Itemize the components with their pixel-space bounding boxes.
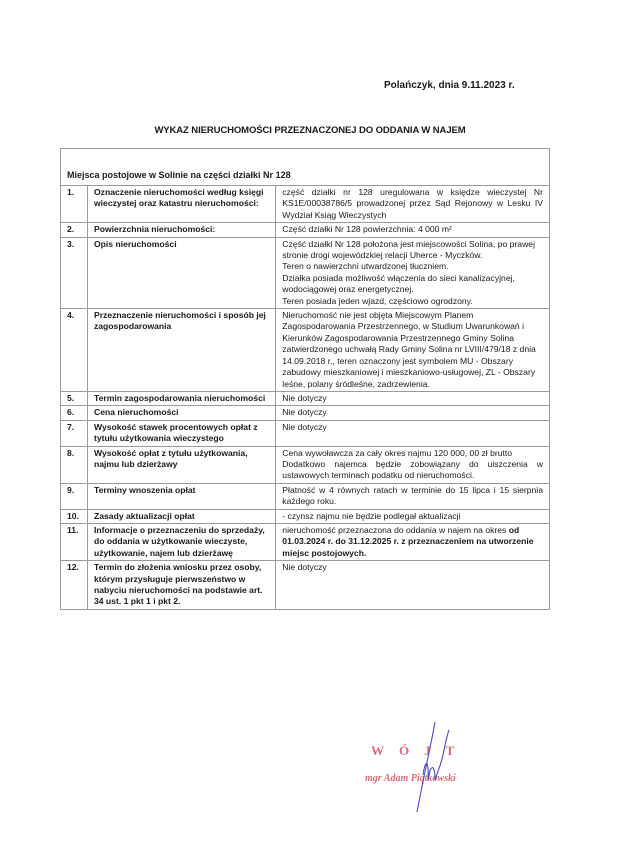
row-value: Nie dotyczy <box>276 561 550 610</box>
table-row: 4. Przeznaczenie nieruchomości i sposób … <box>61 309 550 392</box>
property-listing-table: Miejsca postojowe w Solinie na części dz… <box>60 148 550 610</box>
row-value: Nie dotyczy <box>276 420 550 446</box>
row-value: nieruchomość przeznaczona do oddania w n… <box>276 523 550 560</box>
row-label: Oznaczenie nieruchomości według księgi w… <box>87 186 275 223</box>
description-line: Działka posiada możliwość włączenia do s… <box>282 273 543 296</box>
table-row: 7. Wysokość stawek procentowych opłat z … <box>61 420 550 446</box>
lease-info: nieruchomość przeznaczona do oddania w n… <box>282 525 506 535</box>
row-number: 6. <box>61 406 88 420</box>
row-label: Terminy wnoszenia opłat <box>87 483 275 509</box>
description-line: Teren posiada jeden wjazd, częściowo ogr… <box>282 296 543 307</box>
row-value: Nie dotyczy <box>276 406 550 420</box>
row-label: Opis nieruchomości <box>87 237 275 308</box>
row-number: 1. <box>61 186 88 223</box>
table-row: 3. Opis nieruchomości Część działki Nr 1… <box>61 237 550 308</box>
row-number: 10. <box>61 509 88 523</box>
table-row: 11. Informacje o przeznaczeniu do sprzed… <box>61 523 550 560</box>
place-date: Polańczyk, dnia 9.11.2023 r. <box>384 80 515 91</box>
row-value: Płatność w 4 równych ratach w terminie d… <box>276 483 550 509</box>
document-title: WYKAZ NIERUCHOMOŚCI PRZEZNACZONEJ DO ODD… <box>0 125 620 136</box>
row-value: Nie dotyczy <box>276 391 550 405</box>
row-number: 3. <box>61 237 88 308</box>
table-row: 2. Powierzchnia nieruchomości: Część dzi… <box>61 223 550 237</box>
price-line: Cena wywoławcza za cały okres najmu 120 … <box>282 448 543 459</box>
row-value: Część działki Nr 128 położona jest miejs… <box>276 237 550 308</box>
row-value: Cena wywoławcza za cały okres najmu 120 … <box>276 446 550 483</box>
row-number: 5. <box>61 391 88 405</box>
row-value: Część działki Nr 128 powierzchnia: 4 000… <box>276 223 550 237</box>
row-label: Wysokość stawek procentowych opłat z tyt… <box>87 420 275 446</box>
row-value: - czynsz najmu nie będzie podlegał aktua… <box>276 509 550 523</box>
table-row: 1. Oznaczenie nieruchomości według księg… <box>61 186 550 223</box>
row-label: Powierzchnia nieruchomości: <box>87 223 275 237</box>
row-number: 8. <box>61 446 88 483</box>
row-label: Wysokość opłat z tytułu użytkowania, naj… <box>87 446 275 483</box>
row-number: 4. <box>61 309 88 392</box>
table-row: 9. Terminy wnoszenia opłat Płatność w 4 … <box>61 483 550 509</box>
table-row: 10. Zasady aktualizacji opłat - czynsz n… <box>61 509 550 523</box>
row-number: 7. <box>61 420 88 446</box>
row-label: Termin zagospodarowania nieruchomości <box>87 391 275 405</box>
row-label: Informacje o przeznaczeniu do sprzedaży,… <box>87 523 275 560</box>
row-label: Cena nieruchomości <box>87 406 275 420</box>
tax-note: Dodatkowo najemca będzie zobowiązany do … <box>282 459 543 482</box>
table-row: 12. Termin do złożenia wniosku przez oso… <box>61 561 550 610</box>
description-line: Teren o nawierzchni utwardzonej tłucznie… <box>282 261 543 272</box>
description-line: Część działki Nr 128 położona jest miejs… <box>282 239 543 262</box>
table-caption: Miejsca postojowe w Solinie na części dz… <box>61 149 550 186</box>
row-number: 11. <box>61 523 88 560</box>
row-label: Przeznaczenie nieruchomości i sposób jej… <box>87 309 275 392</box>
row-number: 2. <box>61 223 88 237</box>
table-row: 5. Termin zagospodarowania nieruchomości… <box>61 391 550 405</box>
row-value: Nieruchomość nie jest objęta Miejscowym … <box>276 309 550 392</box>
signature-block: WÓJT mgr Adam Piątkowski <box>365 735 525 815</box>
row-number: 9. <box>61 483 88 509</box>
handwritten-signature-icon <box>395 720 475 815</box>
table-row: 6. Cena nieruchomości Nie dotyczy <box>61 406 550 420</box>
table-row: 8. Wysokość opłat z tytułu użytkowania, … <box>61 446 550 483</box>
row-number: 12. <box>61 561 88 610</box>
row-value: część działki nr 128 uregulowana w księd… <box>276 186 550 223</box>
row-label: Termin do złożenia wniosku przez osoby, … <box>87 561 275 610</box>
row-label: Zasady aktualizacji opłat <box>87 509 275 523</box>
table-caption-row: Miejsca postojowe w Solinie na części dz… <box>61 149 550 186</box>
